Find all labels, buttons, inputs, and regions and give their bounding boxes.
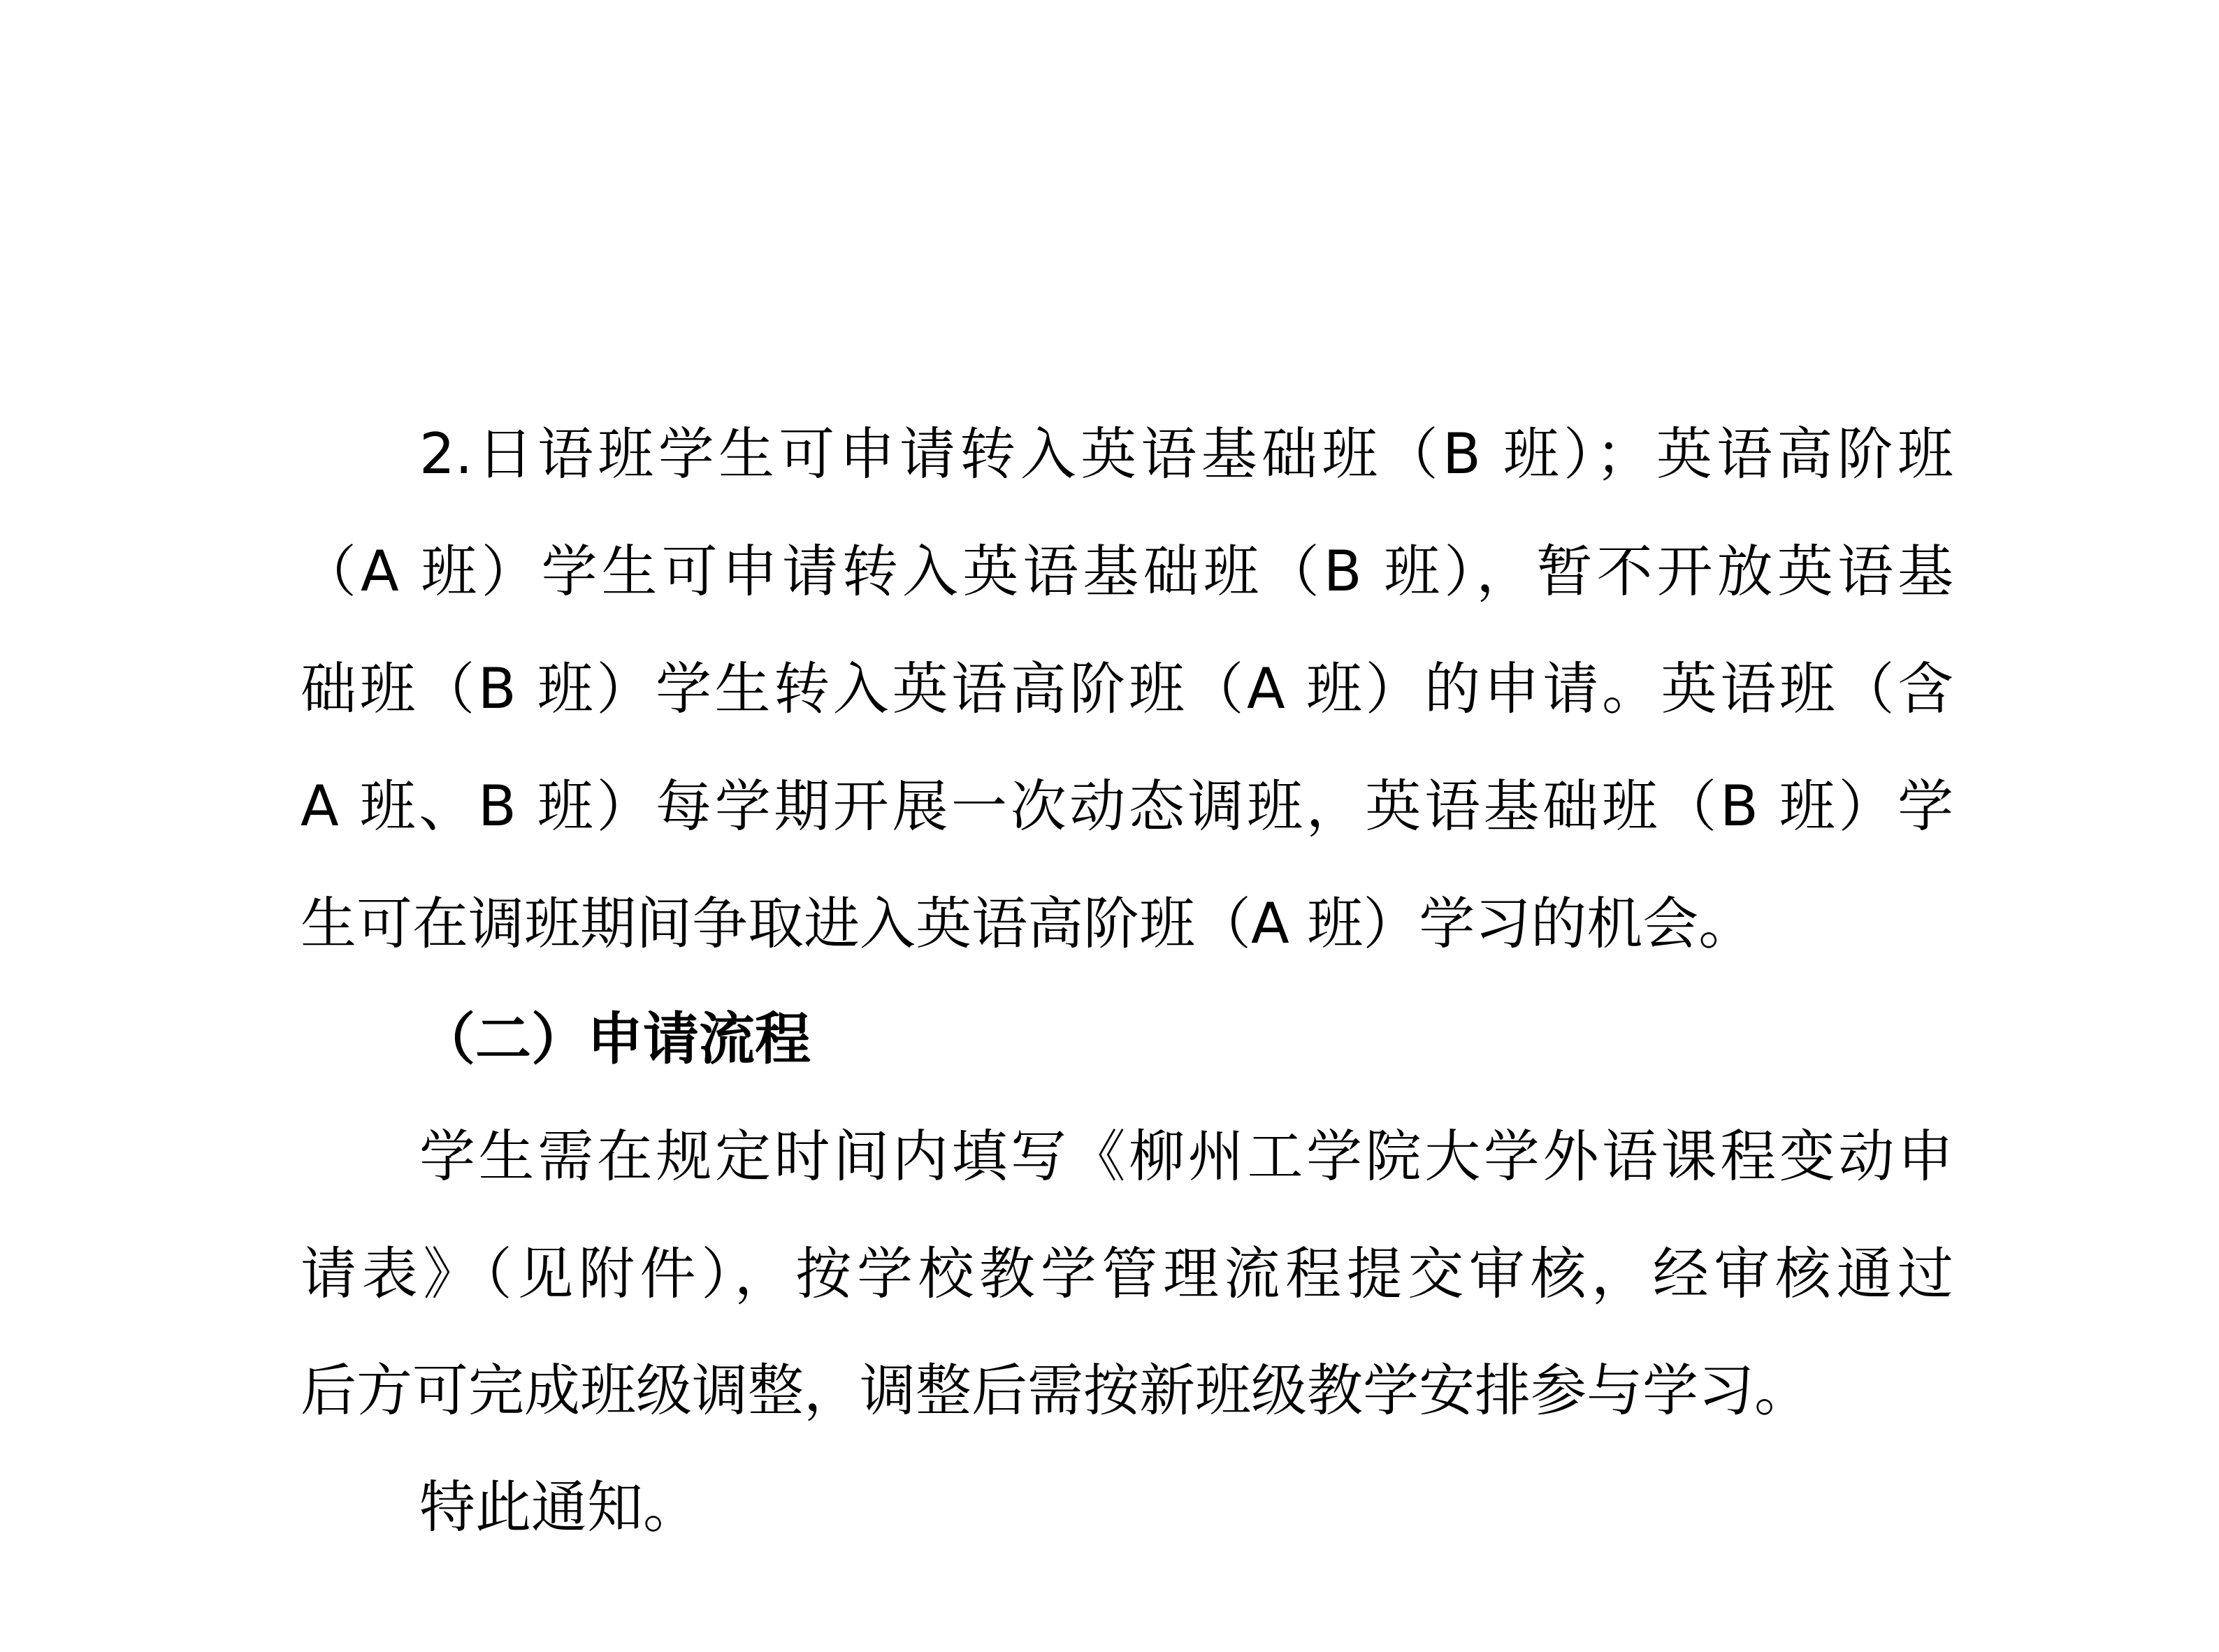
paragraph-line: 2.日语班学生可申请转入英语基础班（B 班）；英语高阶班	[419, 409, 1953, 500]
paragraph-line: 生可在调班期间争取进入英语高阶班（A 班）学习的机会。	[301, 878, 1953, 969]
closing-text: 特此通知。	[419, 1462, 699, 1553]
paragraph-line: （A 班）学生可申请转入英语基础班（B 班），暂不开放英语基	[301, 526, 1953, 617]
paragraph-line: 学生需在规定时间内填写《柳州工学院大学外语课程变动申	[419, 1111, 1953, 1202]
paragraph-line: 础班（B 班）学生转入英语高阶班（A 班）的申请。英语班（含	[301, 644, 1953, 734]
paragraph-line: A 班、B 班）每学期开展一次动态调班，英语基础班（B 班）学	[301, 761, 1953, 852]
document-page: 2.日语班学生可申请转入英语基础班（B 班）；英语高阶班 （A 班）学生可申请转…	[0, 0, 2219, 1652]
section-heading: （二）申请流程	[419, 994, 811, 1085]
paragraph-line: 请表》（见附件），按学校教学管理流程提交审核，经审核通过	[301, 1229, 1953, 1319]
paragraph-line: 后方可完成班级调整，调整后需按新班级教学安排参与学习。	[301, 1345, 1953, 1436]
